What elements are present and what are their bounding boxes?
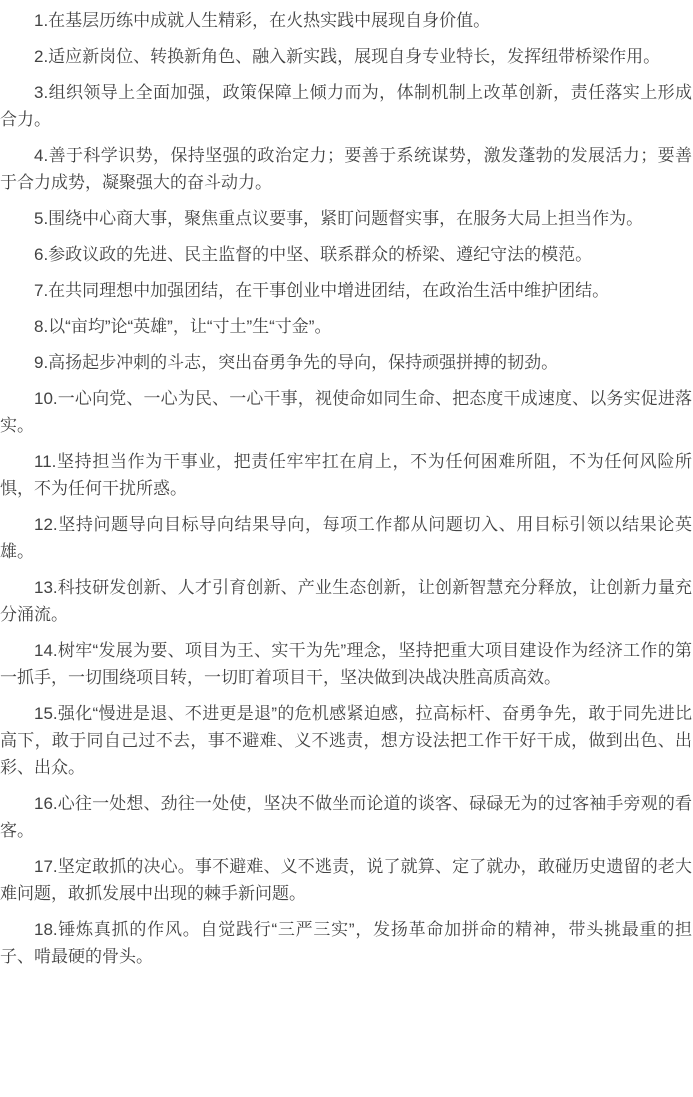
paragraph-16: 16.心往一处想、劲往一处使，坚决不做坐而论道的谈客、碌碌无为的过客袖手旁观的看… bbox=[0, 790, 692, 844]
page: { "page": { "background_color": "#ffffff… bbox=[0, 0, 693, 1097]
paragraph-17: 17.坚定敢抓的决心。事不避难、义不逃责，说了就算、定了就办，敢碰历史遗留的老大… bbox=[0, 853, 692, 907]
paragraph-18: 18.锤炼真抓的作风。自觉践行“三严三实”，发扬革命加拼命的精神，带头挑最重的担… bbox=[0, 916, 692, 970]
paragraph-10: 10.一心向党、一心为民、一心干事，视使命如同生命、把态度干成速度、以务实促进落… bbox=[0, 385, 692, 439]
paragraph-11: 11.坚持担当作为干事业，把责任牢牢扛在肩上，不为任何困难所阻，不为任何风险所惧… bbox=[0, 448, 692, 502]
paragraph-12: 12.坚持问题导向目标导向结果导向，每项工作都从问题切入、用目标引领以结果论英雄… bbox=[0, 511, 692, 565]
paragraph-6: 6.参政议政的先进、民主监督的中坚、联系群众的桥梁、遵纪守法的模范。 bbox=[0, 241, 692, 268]
paragraph-4: 4.善于科学识势，保持坚强的政治定力；要善于系统谋势，激发蓬勃的发展活力；要善于… bbox=[0, 142, 692, 196]
paragraph-5: 5.围绕中心商大事，聚焦重点议要事，紧盯问题督实事，在服务大局上担当作为。 bbox=[0, 205, 692, 232]
paragraph-15: 15.强化“慢进是退、不进更是退”的危机感紧迫感，拉高标杆、奋勇争先，敢于同先进… bbox=[0, 700, 692, 781]
paragraph-7: 7.在共同理想中加强团结，在干事创业中增进团结，在政治生活中维护团结。 bbox=[0, 277, 692, 304]
paragraph-13: 13.科技研发创新、人才引育创新、产业生态创新，让创新智慧充分释放，让创新力量充… bbox=[0, 574, 692, 628]
paragraph-3: 3.组织领导上全面加强，政策保障上倾力而为，体制机制上改革创新，责任落实上形成合… bbox=[0, 79, 692, 133]
paragraph-8: 8.以“亩均”论“英雄”，让“寸土”生“寸金”。 bbox=[0, 313, 692, 340]
paragraph-9: 9.高扬起步冲刺的斗志，突出奋勇争先的导向，保持顽强拼搏的韧劲。 bbox=[0, 349, 692, 376]
paragraph-2: 2.适应新岗位、转换新角色、融入新实践，展现自身专业特长，发挥纽带桥梁作用。 bbox=[0, 43, 692, 70]
document-body: 1.在基层历练中成就人生精彩，在火热实践中展现自身价值。 2.适应新岗位、转换新… bbox=[0, 0, 693, 1097]
paragraph-14: 14.树牢“发展为要、项目为王、实干为先”理念，坚持把重大项目建设作为经济工作的… bbox=[0, 637, 692, 691]
paragraph-1: 1.在基层历练中成就人生精彩，在火热实践中展现自身价值。 bbox=[0, 7, 692, 34]
